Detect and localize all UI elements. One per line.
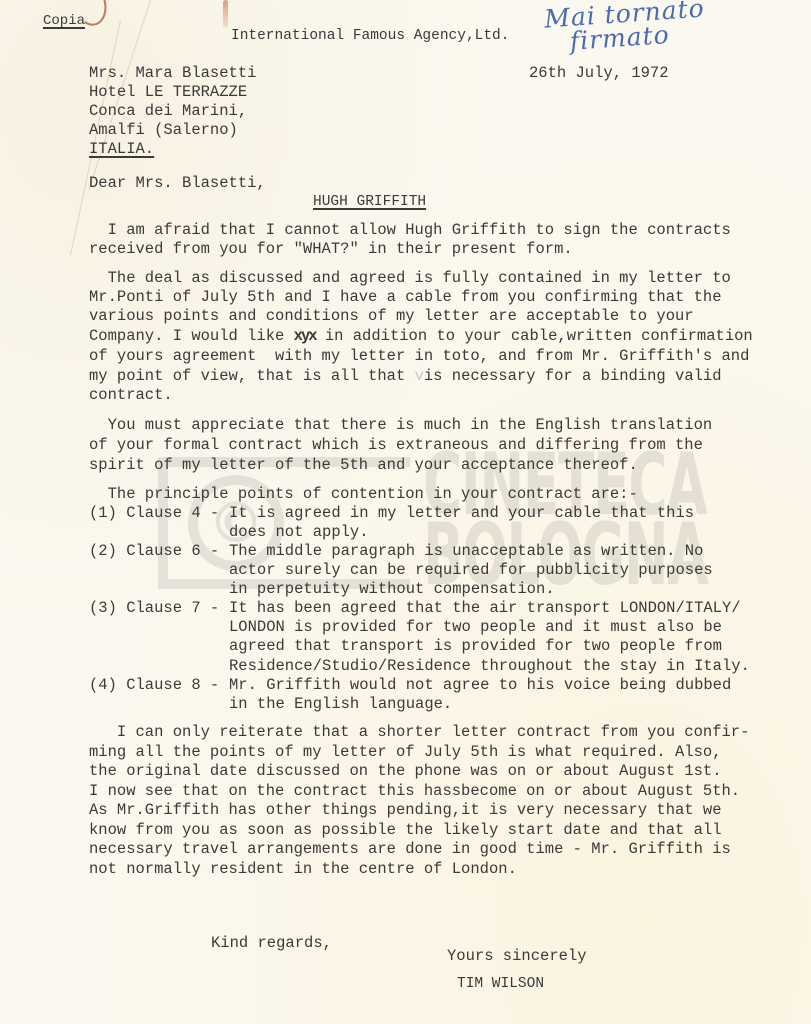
clause-text-line: Mr. Griffith would not agree to his voic…: [229, 676, 731, 695]
clause-label: (2) Clause 6 -: [89, 542, 229, 561]
clause-text-line: in the English language.: [229, 695, 452, 714]
clause-text-line: The middle paragraph is unacceptable as …: [229, 542, 703, 561]
paragraph-line: various points and conditions of my lett…: [89, 307, 694, 326]
typed-over-text: xyx: [294, 327, 316, 345]
text-span: Company. I would like: [89, 327, 294, 345]
paragraph-line: I now see that on the contract this hass…: [89, 782, 740, 801]
recipient-name: Mrs. Mara Blasetti: [89, 64, 256, 83]
handwritten-note: Mai tornato firmato: [544, 0, 708, 56]
paragraph-line: You must appreciate that there is much i…: [89, 416, 712, 435]
paragraph-line: necessary travel arrangements are done i…: [89, 840, 731, 859]
clause-text-line: LONDON is provided for two people and it…: [229, 618, 722, 637]
paragraph-line: I am afraid that I cannot allow Hugh Gri…: [89, 221, 731, 240]
paragraph-line: Company. I would like xyx in addition to…: [89, 327, 753, 346]
letterhead: International Famous Agency,Ltd.: [231, 27, 509, 46]
paragraph-line: not normally resident in the centre of L…: [89, 860, 517, 879]
sign-off: Yours sincerely: [447, 947, 587, 966]
signatory-name: TIM WILSON: [457, 975, 544, 994]
handwritten-note-line-2: firmato: [569, 20, 707, 53]
recipient-address-line: Amalfi (Salerno): [89, 121, 238, 140]
text-span: my point of view, that is all that: [89, 367, 415, 385]
clause-text-line: Residence/Studio/Residence throughout th…: [229, 657, 750, 676]
paragraph-line: The deal as discussed and agreed is full…: [89, 269, 731, 288]
letter-date: 26th July, 1972: [529, 64, 669, 83]
paragraph-line: As Mr.Griffith has other things pending,…: [89, 801, 722, 820]
paragraph-line: I can only reiterate that a shorter lett…: [89, 723, 749, 742]
clause-label: (3) Clause 7 -: [89, 599, 229, 618]
recipient-address-line: Conca dei Marini,: [89, 102, 247, 121]
paragraph-line: The principle points of contention in yo…: [89, 485, 638, 504]
paragraph-line: ming all the points of my letter of July…: [89, 743, 722, 762]
subject-heading: HUGH GRIFFITH: [313, 193, 426, 212]
clause-text-line: It has been agreed that the air transpor…: [229, 599, 741, 618]
paragraph-line: know from you as soon as possible the li…: [89, 821, 722, 840]
closing-phrase: Kind regards,: [211, 934, 332, 953]
text-span: in addition to your cable,written confir…: [316, 327, 753, 345]
paragraph-line: Mr.Ponti of July 5th and I have a cable …: [89, 288, 722, 307]
paragraph-line: my point of view, that is all that vis n…: [89, 367, 722, 386]
clause-text-line: does not apply.: [229, 523, 369, 542]
paragraph-line: spirit of my letter of the 5th and your …: [89, 456, 638, 475]
clause-text-line: agreed that transport is provided for tw…: [229, 637, 722, 656]
clause-text-line: in perpetuity without compensation.: [229, 580, 555, 599]
copy-label: Copia: [43, 12, 85, 31]
recipient-address-line: Hotel LE TERRAZZE: [89, 83, 247, 102]
salutation: Dear Mrs. Blasetti,: [89, 174, 266, 193]
clause-label: (4) Clause 8 -: [89, 676, 229, 695]
letter-page: © CINETECA BOLOGNA Copia Mai tornato fir…: [0, 0, 811, 1024]
faint-character: v: [415, 367, 424, 385]
rust-stain: [223, 0, 228, 28]
clause-text-line: actor surely can be required for pubblic…: [229, 561, 713, 580]
paragraph-line: received from you for "WHAT?" in their p…: [89, 240, 573, 259]
paragraph-line: of yours agreement with my letter in tot…: [89, 347, 749, 366]
paragraph-line: the original date discussed on the phone…: [89, 762, 722, 781]
recipient-country: ITALIA.: [89, 140, 154, 159]
paragraph-line: contract.: [89, 386, 173, 405]
clause-text-line: It is agreed in my letter and your cable…: [229, 504, 694, 523]
paragraph-line: of your formal contract which is extrane…: [89, 436, 703, 455]
text-span: is necessary for a binding valid: [424, 367, 722, 385]
clause-label: (1) Clause 4 -: [89, 504, 229, 523]
